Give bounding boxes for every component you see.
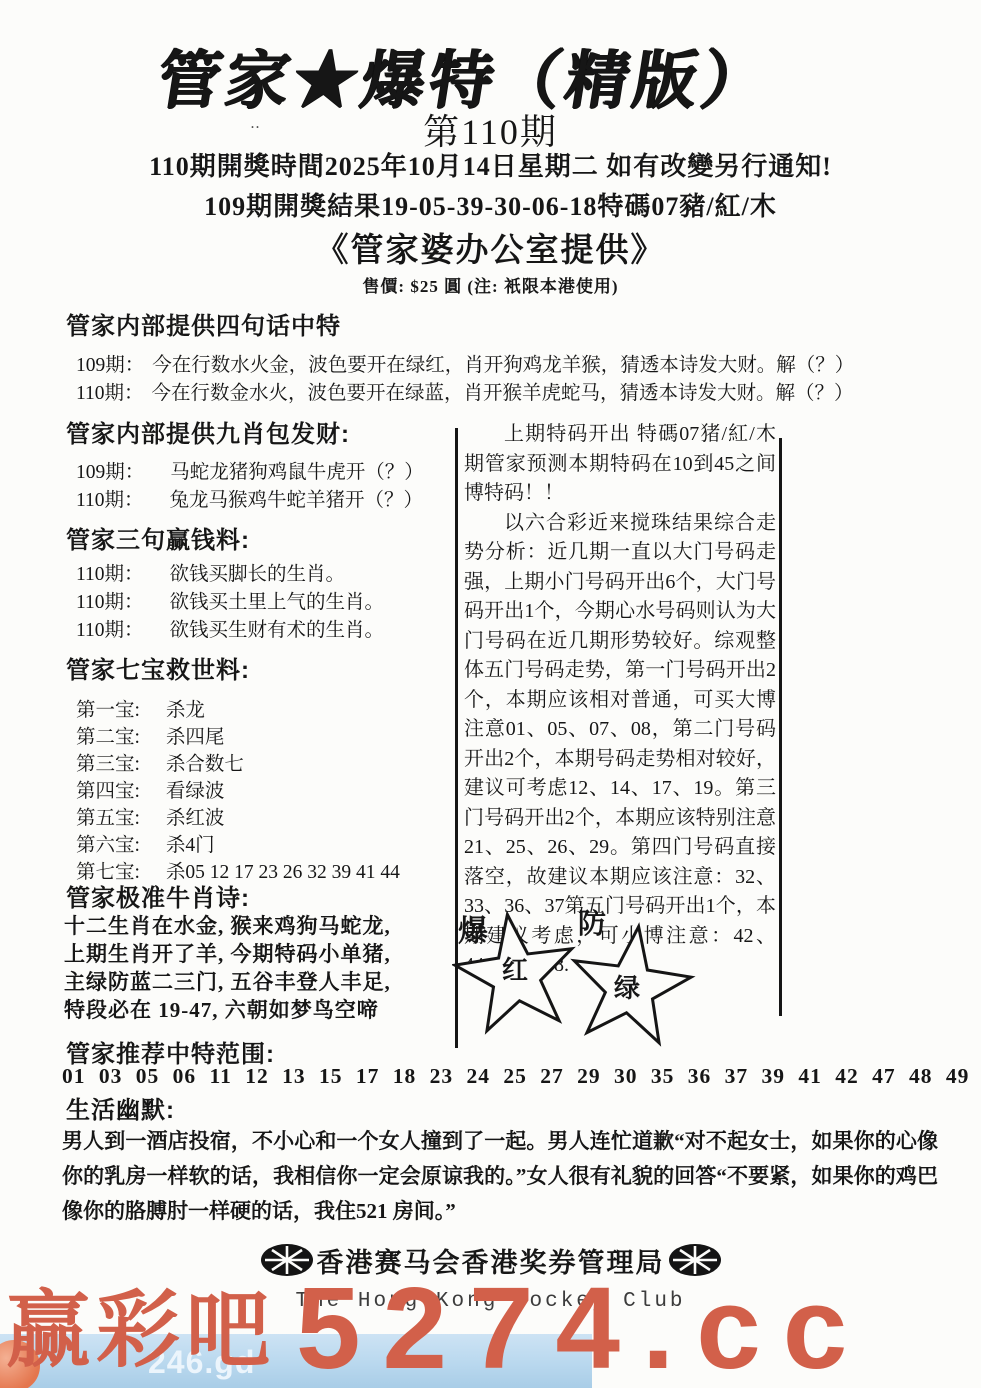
period-label: 110期： <box>76 558 144 586</box>
treasure-label: 第二宝: <box>76 721 140 749</box>
section-zodiac-poem-title: 管家极准牛肖诗: <box>66 878 250 913</box>
four-sentence-row: 110期：今在行数金水火，波色要开在绿蓝，肖开猴羊虎蛇马，猜透本诗发大财。解（？… <box>76 377 854 405</box>
poem-line: 特段必在 19-47, 六朝如梦鸟空啼 <box>64 994 379 1024</box>
star-burst-label: 爆 <box>458 906 488 950</box>
period-label: 109期： <box>76 349 144 377</box>
humor-text: 男人到一酒店投宿，不小心和一个女人撞到了一起。男人连忙道歉“对不起女士，如果你的… <box>62 1124 938 1229</box>
row-text: 杀四尾 <box>166 721 225 749</box>
treasure-label: 第四宝: <box>76 775 140 803</box>
three-sentence-row: 110期：欲钱买土里上气的生肖。 <box>76 586 384 614</box>
treasure-row: 第五宝:杀红波 <box>76 802 224 830</box>
row-text: 欲钱买脚长的生肖。 <box>170 558 346 586</box>
row-text: 兔龙马猴鸡牛蛇羊猪开（？） <box>170 484 424 512</box>
treasure-row: 第三宝:杀合数七 <box>76 748 244 776</box>
section-four-sentence-title: 管家内部提供四句话中特 <box>66 306 341 341</box>
period-label: 109期： <box>76 456 144 484</box>
analysis-paragraph: 上期特码开出 特碼07猪/紅/木期管家预测本期特码在10到45之间博特码！！ <box>464 420 776 509</box>
recommend-numbers: 01 03 05 06 11 12 13 15 17 18 23 24 25 2… <box>62 1064 969 1089</box>
period-label: 110期： <box>76 586 144 614</box>
nine-zodiac-row: 110期：兔龙马猴鸡牛蛇羊猪开（？） <box>76 484 423 512</box>
star-icons <box>452 902 702 1047</box>
treasure-label: 第六宝: <box>76 829 140 857</box>
row-text: 欲钱买生财有术的生肖。 <box>170 614 385 642</box>
provider-title: 《管家婆办公室提供》 <box>0 224 981 271</box>
humor-title: 生活幽默: <box>66 1090 175 1125</box>
row-text: 今在行数金水火，波色要开在绿蓝，肖开猴羊虎蛇马，猜透本诗发大财。解（？） <box>152 377 854 405</box>
section-three-sentence-title: 管家三句赢钱料: <box>66 520 250 555</box>
period-label: 110期： <box>76 614 144 642</box>
star-red-label: 红 <box>502 950 528 987</box>
section-seven-treasure-title: 管家七宝救世料: <box>66 650 250 685</box>
nine-zodiac-row: 109期：马蛇龙猪狗鸡鼠牛虎开（？） <box>76 456 424 484</box>
period-label: 110期： <box>76 484 144 512</box>
row-text: 杀4门 <box>166 829 215 857</box>
watermark-brand: 赢彩吧 <box>6 1288 276 1372</box>
three-sentence-row: 110期：欲钱买生财有术的生肖。 <box>76 614 384 642</box>
draw-time-line: 110期開獎時間2025年10月14日星期二 如有改變另行通知! <box>0 146 981 183</box>
star-guard-label: 防 <box>578 902 606 942</box>
watermark-domain: 5274.cc <box>296 1270 869 1386</box>
poem-line: 十二生肖在水金, 猴来鸡狗马蛇龙, <box>64 910 391 940</box>
price-note: 售價: $25 圓 (注: 衹限本港使用) <box>0 272 981 297</box>
poem-line: 上期生肖开了羊, 今期特码小单猪, <box>64 938 391 968</box>
row-text: 马蛇龙猪狗鸡鼠牛虎开（？） <box>170 456 424 484</box>
period-label: 110期： <box>76 377 144 405</box>
three-sentence-row: 110期：欲钱买脚长的生肖。 <box>76 558 345 586</box>
section-nine-zodiac-title: 管家内部提供九肖包发财: <box>66 414 350 449</box>
poem-line: 主绿防蓝二三门, 五谷丰登人丰足, <box>64 966 391 996</box>
treasure-label: 第三宝: <box>76 748 140 776</box>
treasure-label: 第一宝: <box>76 694 140 722</box>
treasure-row: 第四宝:看绿波 <box>76 775 224 803</box>
treasure-row: 第二宝:杀四尾 <box>76 721 224 749</box>
star-green-label: 绿 <box>614 968 640 1005</box>
treasure-label: 第五宝: <box>76 802 140 830</box>
row-text: 杀龙 <box>166 694 205 722</box>
row-text: 看绿波 <box>166 775 225 803</box>
row-text: 杀红波 <box>166 802 225 830</box>
treasure-row: 第六宝:杀4门 <box>76 829 215 857</box>
analysis-text: 上期特码开出 特碼07猪/紅/木期管家预测本期特码在10到45之间博特码！！ 以… <box>464 420 776 981</box>
row-text: 杀合数七 <box>166 748 244 776</box>
four-sentence-row: 109期：今在行数水火金，波色要开在绿红，肖开狗鸡龙羊猴，猜透本诗发大财。解（？… <box>76 349 854 377</box>
analysis-right-rule <box>779 438 782 1016</box>
row-text: 欲钱买土里上气的生肖。 <box>170 586 385 614</box>
treasure-row: 第一宝:杀龙 <box>76 694 205 722</box>
print-artifact-dots: ‥ <box>250 114 263 133</box>
last-result-line: 109期開獎結果19-05-39-30-06-18特碼07豬/紅/木 <box>0 186 981 223</box>
row-text: 今在行数水火金，波色要开在绿红，肖开狗鸡龙羊猴，猜透本诗发大财。解（？） <box>152 349 854 377</box>
